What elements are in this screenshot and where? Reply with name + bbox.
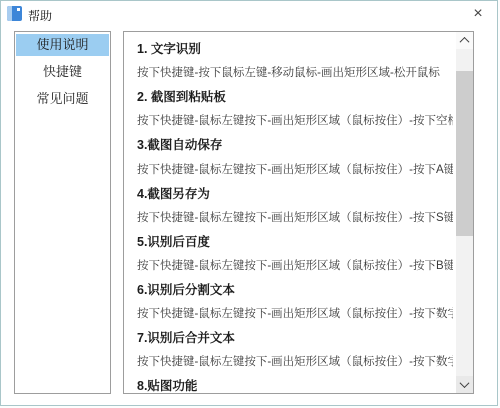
chevron-up-icon xyxy=(460,37,470,47)
help-content-pane: 1. 文字识别 按下快捷键-按下鼠标左键-移动鼠标-画出矩形区域-松开鼠标 2.… xyxy=(123,31,474,394)
help-text: 1. 文字识别 按下快捷键-按下鼠标左键-移动鼠标-画出矩形区域-松开鼠标 2.… xyxy=(137,36,453,393)
sidebar-item-faq[interactable]: 常见问题 xyxy=(16,88,109,110)
section-description: 按下快捷键-鼠标左键按下-画出矩形区域（鼠标按住）-按下空格键 xyxy=(137,108,453,132)
section-description: 按下快捷键-鼠标左键按下-画出矩形区域（鼠标按住）-按下S键 xyxy=(137,205,453,229)
close-icon[interactable]: × xyxy=(467,3,489,25)
section-heading: 6.识别后分割文本 xyxy=(137,277,453,301)
section-heading: 5.识别后百度 xyxy=(137,229,453,253)
scroll-up-button[interactable] xyxy=(456,32,473,49)
section-heading: 8.贴图功能 xyxy=(137,373,453,394)
help-topic-list: 使用说明 快捷键 常见问题 xyxy=(14,31,111,394)
section-description: 按下快捷键-鼠标左键按下-画出矩形区域（鼠标按住）-按下数字键2键 xyxy=(137,349,453,373)
section-heading: 1. 文字识别 xyxy=(137,36,453,60)
window-title: 帮助 xyxy=(28,7,52,24)
sidebar-item-hotkeys[interactable]: 快捷键 xyxy=(16,61,109,83)
scrollbar-thumb[interactable] xyxy=(456,71,473,236)
scroll-down-button[interactable] xyxy=(456,376,473,393)
app-icon xyxy=(7,6,22,21)
sidebar-item-usage[interactable]: 使用说明 xyxy=(16,34,109,56)
section-description: 按下快捷键-鼠标左键按下-画出矩形区域（鼠标按住）-按下数字键1键 xyxy=(137,301,453,325)
section-heading: 2. 截图到粘贴板 xyxy=(137,84,453,108)
vertical-scrollbar[interactable] xyxy=(456,32,473,393)
chevron-down-icon xyxy=(460,378,470,388)
section-heading: 3.截图自动保存 xyxy=(137,132,453,156)
section-description: 按下快捷键-按下鼠标左键-移动鼠标-画出矩形区域-松开鼠标 xyxy=(137,60,453,84)
section-description: 按下快捷键-鼠标左键按下-画出矩形区域（鼠标按住）-按下A键 xyxy=(137,156,453,180)
section-description: 按下快捷键-鼠标左键按下-画出矩形区域（鼠标按住）-按下B键 xyxy=(137,253,453,277)
section-heading: 4.截图另存为 xyxy=(137,181,453,205)
section-heading: 7.识别后合并文本 xyxy=(137,325,453,349)
title-bar: 帮助 × xyxy=(1,1,497,27)
help-window: 帮助 × 使用说明 快捷键 常见问题 1. 文字识别 按下快捷键-按下鼠标左键-… xyxy=(0,0,498,406)
